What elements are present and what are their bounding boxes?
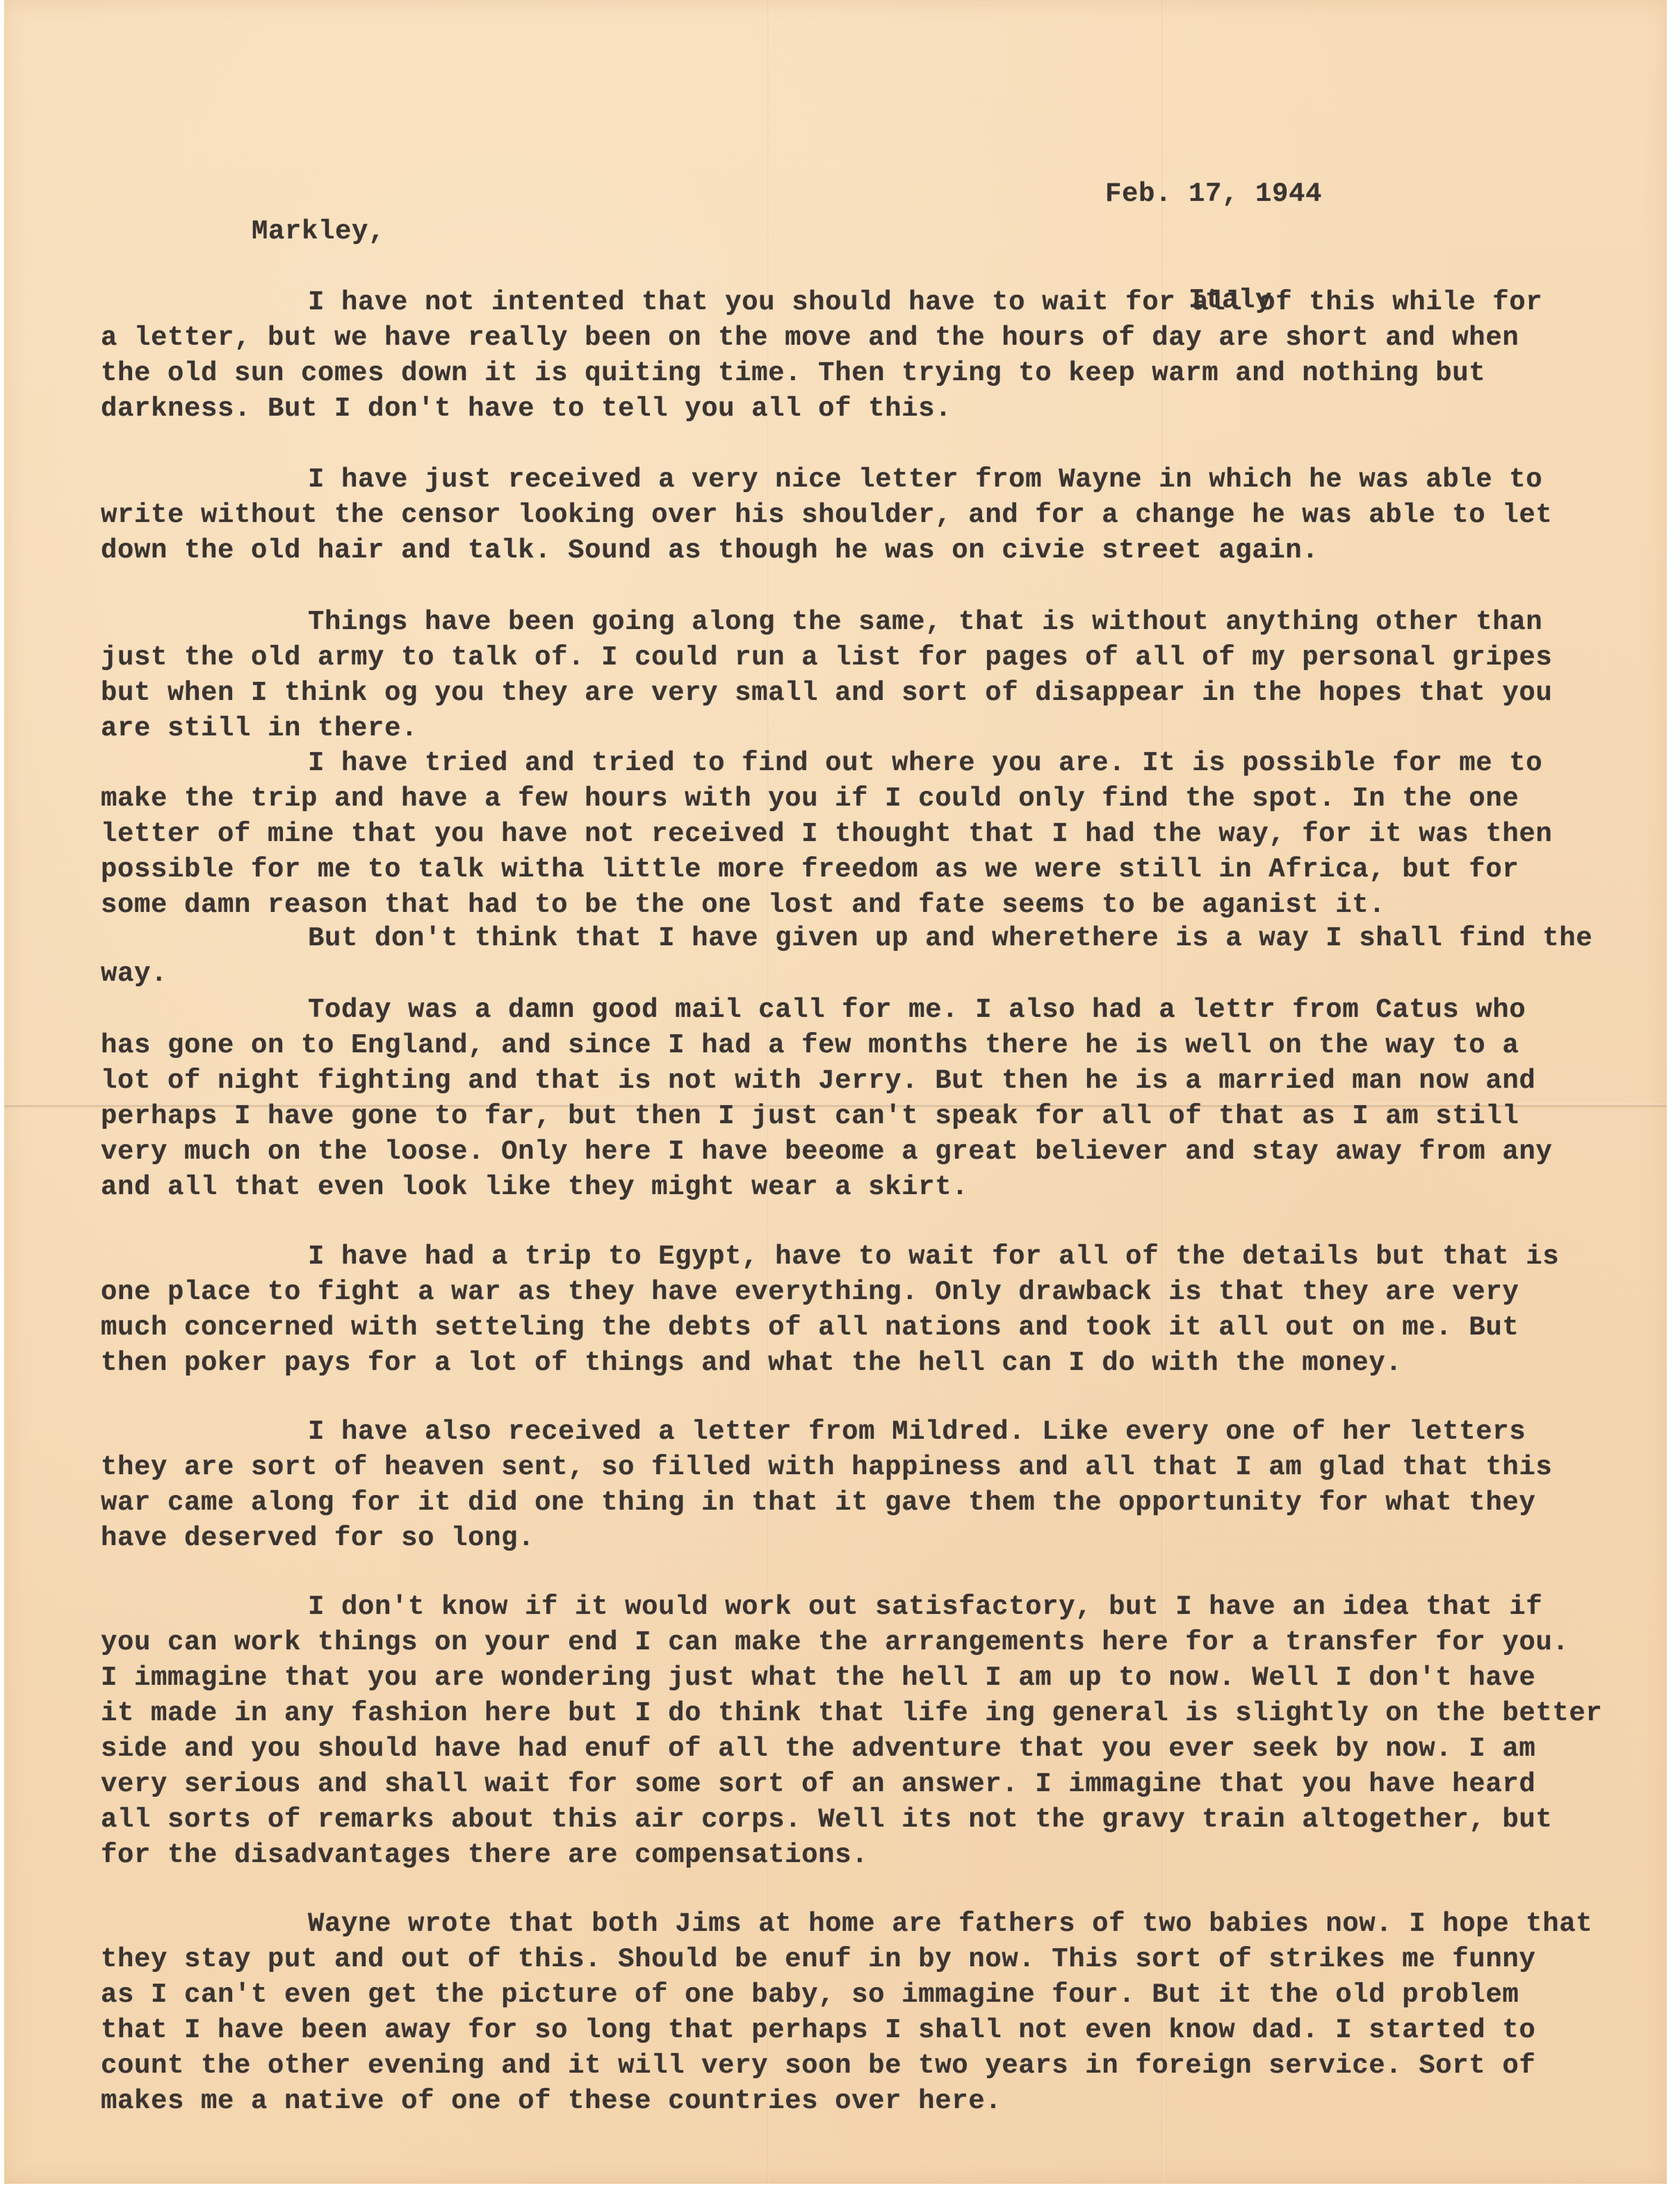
- paragraph-line: have deserved for so long.: [101, 1521, 1658, 1556]
- paragraph-line: count the other evening and it will very…: [101, 2048, 1658, 2084]
- paragraph-line: perhaps I have gone to far, but then I j…: [101, 1099, 1658, 1134]
- paragraph-line: Wayne wrote that both Jims at home are f…: [101, 1907, 1658, 1942]
- paragraph-line: are still in there.: [101, 711, 1658, 746]
- paragraph-line: I have also received a letter from Mildr…: [101, 1414, 1658, 1450]
- paragraph-line: I have had a trip to Egypt, have to wait…: [101, 1239, 1658, 1275]
- paragraph-line: lot of night fighting and that is not wi…: [101, 1063, 1658, 1099]
- paragraph-line: make the trip and have a few hours with …: [101, 781, 1658, 817]
- paragraph-line: very serious and shall wait for some sor…: [101, 1767, 1658, 1802]
- paragraph-line: they are sort of heaven sent, so filled …: [101, 1450, 1658, 1485]
- paragraph-line: I immagine that you are wondering just w…: [101, 1660, 1658, 1696]
- letter-paragraph: Things have been going along the same, t…: [101, 605, 1658, 746]
- paragraph-line: very much on the loose. Only here I have…: [101, 1134, 1658, 1170]
- paragraph-line: much concerned with setteling the debts …: [101, 1310, 1658, 1346]
- paragraph-line: it made in any fashion here but I do thi…: [101, 1696, 1658, 1731]
- paragraph-line: way.: [101, 956, 1658, 992]
- paragraph-line: a letter, but we have really been on the…: [101, 320, 1658, 356]
- letter-paragraph: I have just received a very nice letter …: [101, 462, 1658, 569]
- paragraph-line: the old sun comes down it is quiting tim…: [101, 356, 1658, 391]
- paragraph-line: side and you should have had enuf of all…: [101, 1731, 1658, 1767]
- letter-paragraph: I have had a trip to Egypt, have to wait…: [101, 1239, 1658, 1381]
- paragraph-line: But don't think that I have given up and…: [101, 921, 1658, 956]
- paragraph-line: some damn reason that had to be the one …: [101, 888, 1658, 923]
- paragraph-line: I have not intented that you should have…: [101, 285, 1658, 320]
- paragraph-line: letter of mine that you have not receive…: [101, 817, 1658, 852]
- paragraph-line: but when I think og you they are very sm…: [101, 676, 1658, 711]
- paragraph-line: war came along for it did one thing in t…: [101, 1485, 1658, 1521]
- paragraph-line: that I have been away for so long that p…: [101, 2013, 1658, 2048]
- paragraph-line: all sorts of remarks about this air corp…: [101, 1802, 1658, 1838]
- paragraph-line: just the old army to talk of. I could ru…: [101, 640, 1658, 676]
- paragraph-line: I have tried and tried to find out where…: [101, 746, 1658, 781]
- paragraph-line: down the old hair and talk. Sound as tho…: [101, 533, 1658, 569]
- letter-date: Feb. 17, 1944: [1105, 177, 1322, 212]
- paragraph-line: possible for me to talk witha little mor…: [101, 852, 1658, 888]
- paragraph-line: then poker pays for a lot of things and …: [101, 1346, 1658, 1381]
- paragraph-line: as I can't even get the picture of one b…: [101, 1977, 1658, 2013]
- paragraph-line: for the disadvantages there are compensa…: [101, 1838, 1658, 1873]
- paragraph-line: I don't know if it would work out satisf…: [101, 1590, 1658, 1625]
- paragraph-line: they stay put and out of this. Should be…: [101, 1942, 1658, 1977]
- paragraph-line: I have just received a very nice letter …: [101, 462, 1658, 498]
- letter-paragraph: But don't think that I have given up and…: [101, 921, 1658, 992]
- paragraph-line: you can work things on your end I can ma…: [101, 1625, 1658, 1660]
- paragraph-line: and all that even look like they might w…: [101, 1170, 1658, 1205]
- salutation: Markley,: [252, 214, 385, 250]
- paragraph-line: makes me a native of one of these countr…: [101, 2084, 1658, 2119]
- letter-paragraph: Wayne wrote that both Jims at home are f…: [101, 1907, 1658, 2119]
- paragraph-line: one place to fight a war as they have ev…: [101, 1275, 1658, 1310]
- letter-paragraph: I don't know if it would work out satisf…: [101, 1590, 1658, 1873]
- letter-paragraph: I have also received a letter from Mildr…: [101, 1414, 1658, 1556]
- letter-paragraph: I have tried and tried to find out where…: [101, 746, 1658, 923]
- paragraph-line: Today was a damn good mail call for me. …: [101, 993, 1658, 1028]
- paragraph-line: write without the censor looking over hi…: [101, 498, 1658, 533]
- letter-paragraph: Today was a damn good mail call for me. …: [101, 993, 1658, 1205]
- paragraph-line: darkness. But I don't have to tell you a…: [101, 391, 1658, 427]
- letter-paragraph: I have not intented that you should have…: [101, 285, 1658, 427]
- paragraph-line: Things have been going along the same, t…: [101, 605, 1658, 640]
- paragraph-line: has gone on to England, and since I had …: [101, 1028, 1658, 1063]
